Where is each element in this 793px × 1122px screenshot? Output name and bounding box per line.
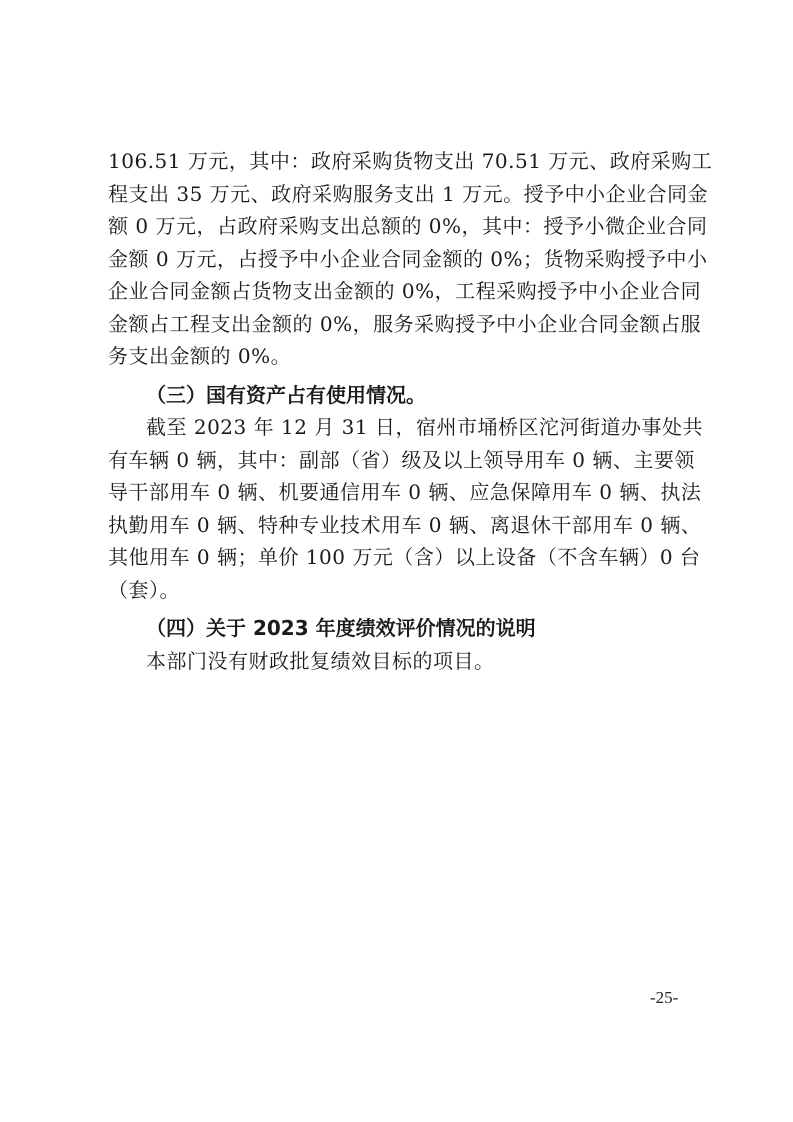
text-line: 执勤用车 0 辆、特种专业技术用车 0 辆、离退休干部用车 0 辆、 xyxy=(108,509,692,542)
procurement-paragraph: 106.51 万元，其中：政府采购货物支出 70.51 万元、政府采购工 程支出… xyxy=(108,145,692,373)
text-line: 截至 2023 年 12 月 31 日，宿州市埇桥区沱河街道办事处共 xyxy=(108,411,692,444)
document-page: 106.51 万元，其中：政府采购货物支出 70.51 万元、政府采购工 程支出… xyxy=(108,145,692,677)
page-number: -25- xyxy=(650,988,678,1008)
text-line: 程支出 35 万元、政府采购服务支出 1 万元。授予中小企业合同金 xyxy=(108,178,692,211)
text-line: （套）。 xyxy=(108,574,692,607)
text-line: 本部门没有财政批复绩效目标的项目。 xyxy=(108,645,692,678)
text-line: 其他用车 0 辆；单价 100 万元（含）以上设备（不含车辆）0 台 xyxy=(108,541,692,574)
text-line: 额 0 万元，占政府采购支出总额的 0%，其中：授予小微企业合同 xyxy=(108,210,692,243)
section-performance-evaluation: （四）关于 2023 年度绩效评价情况的说明 本部门没有财政批复绩效目标的项目。 xyxy=(108,612,692,677)
text-line: 106.51 万元，其中：政府采购货物支出 70.51 万元、政府采购工 xyxy=(108,145,692,178)
text-line: 企业合同金额占货物支出金额的 0%，工程采购授予中小企业合同 xyxy=(108,275,692,308)
text-line: 有车辆 0 辆，其中：副部（省）级及以上领导用车 0 辆、主要领 xyxy=(108,444,692,477)
section-heading: （三）国有资产占有使用情况。 xyxy=(108,379,692,412)
text-line: 金额 0 万元，占授予中小企业合同金额的 0%；货物采购授予中小 xyxy=(108,243,692,276)
text-line: 导干部用车 0 辆、机要通信用车 0 辆、应急保障用车 0 辆、执法 xyxy=(108,476,692,509)
text-line: 金额占工程支出金额的 0%，服务采购授予中小企业合同金额占服 xyxy=(108,308,692,341)
section-heading: （四）关于 2023 年度绩效评价情况的说明 xyxy=(108,612,692,645)
text-line: 务支出金额的 0%。 xyxy=(108,340,692,373)
section-state-assets: （三）国有资产占有使用情况。 截至 2023 年 12 月 31 日，宿州市埇桥… xyxy=(108,379,692,607)
